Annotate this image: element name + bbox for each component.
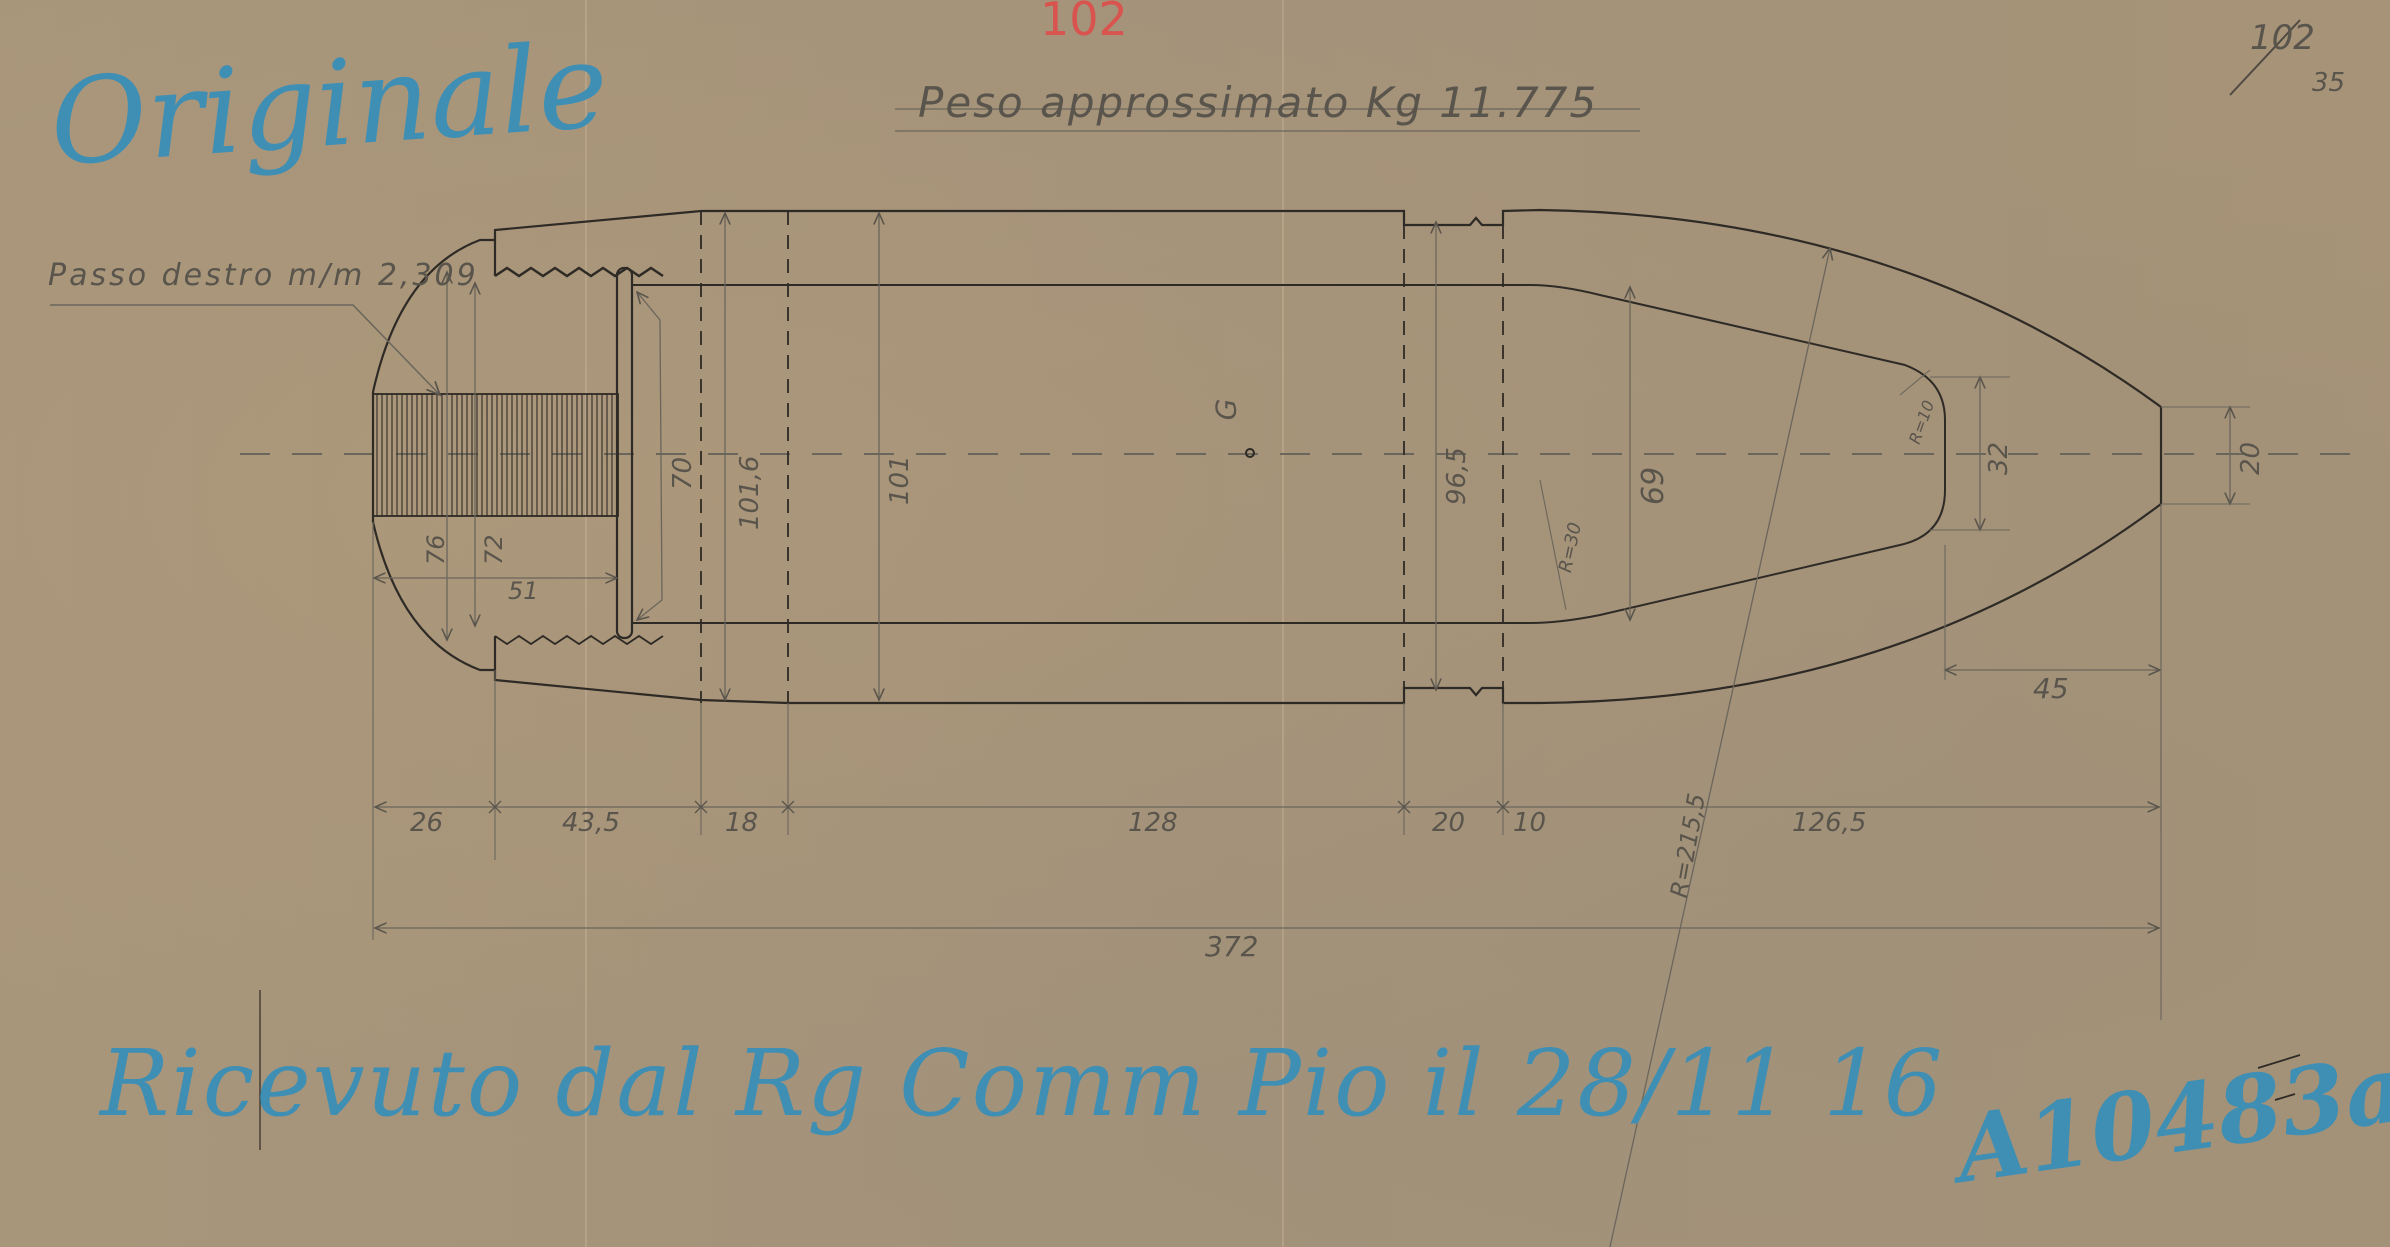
threaded-plug	[373, 394, 618, 516]
dim-thread-inner: 72	[480, 534, 508, 565]
extension-lines	[373, 377, 2250, 1020]
page-title: Peso approssimato Kg 11.775	[918, 78, 1598, 127]
dim-band-rear: 10	[1513, 808, 1546, 838]
thread-top	[495, 268, 663, 276]
red-sheet-number: 102	[1040, 0, 1128, 46]
dim-groove-diameter: 96,5	[1442, 447, 1472, 505]
thread-pitch-note: Passo destro m/m 2,309	[48, 258, 479, 293]
dim-thread-outer: 76	[422, 534, 450, 565]
dim-cavity-base: 70	[668, 457, 698, 490]
vertical-dimension-lines	[447, 213, 2230, 700]
dim-ogive: 126,5	[1792, 808, 1866, 838]
dim-rotating-band: 20	[1432, 808, 1465, 838]
thread-bottom	[495, 636, 663, 644]
dim-plug-depth: 51	[508, 577, 539, 605]
sheet-ref-denominator: 35	[2312, 68, 2345, 98]
dim-nose-flat: 20	[2236, 442, 2266, 475]
dim-body-diameter: 101	[885, 455, 915, 505]
cg-label: G	[1209, 399, 1242, 421]
dim-base-cap: 26	[410, 808, 443, 838]
r10-leader	[1900, 370, 1930, 395]
dim-nose-offset: 45	[2033, 672, 2069, 705]
received-note: Ricevuto dal Rg Comm Pio il 28/11 16	[100, 1030, 1944, 1137]
dim-cylindrical-body: 128	[1128, 808, 1178, 838]
dim-cavity-diameter: 69	[1636, 467, 1671, 505]
dim-thread-section: 43,5	[562, 808, 620, 838]
dim-cavity-tip: 32	[1984, 442, 2014, 475]
sheet-ref-numerator: 102	[2250, 18, 2315, 58]
dim-70-leader	[637, 292, 662, 620]
shell-outline	[373, 210, 2161, 703]
dim-total-length: 372	[1205, 930, 1258, 963]
thread-note-leader	[50, 305, 440, 395]
dim-band-diameter: 101,6	[735, 456, 765, 530]
dim-band-front: 18	[725, 808, 758, 838]
